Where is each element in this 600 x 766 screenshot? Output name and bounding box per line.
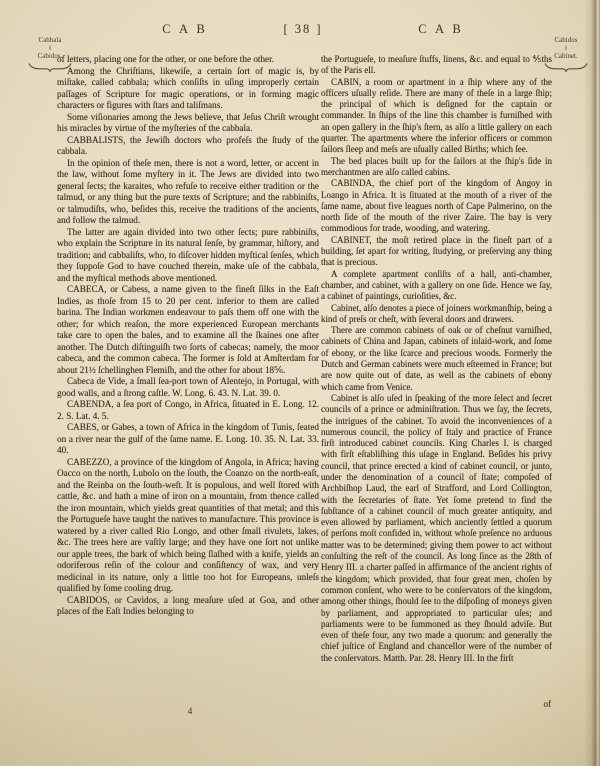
entry-paragraph-cabinet-joinery: Cabinet, alſo denotes a piece of joiners… <box>321 303 552 326</box>
margin-note-first-entry: Cabidos <box>540 36 592 45</box>
entry-paragraph-cabinet: CABINET, the moſt retired place in the f… <box>321 235 552 269</box>
paragraph: Among the Chriſtians, likewiſe, a certai… <box>57 66 319 112</box>
entry-paragraph-cabinet-council: Cabinet is alſo uſed in ſpeaking of the … <box>321 393 552 664</box>
entry-paragraph-cabes: CABES, or Gabes, a town of Africa in the… <box>57 422 319 457</box>
paragraph: of letters, placing one for the other, o… <box>57 54 319 66</box>
page-number: [ 38 ] <box>253 22 353 38</box>
running-title-left: C A B <box>120 22 250 38</box>
right-column: the Portugueſe, to meaſure ſtuffs, linen… <box>321 54 552 716</box>
margin-note-first-entry: Cabbala <box>24 36 76 45</box>
entry-paragraph-cabezzo: CABEZZO, a province of the kingdom of An… <box>57 457 319 595</box>
entry-paragraph-cabidos: CABIDOS, or Cavidos, a long meaſure uſed… <box>57 595 319 618</box>
margin-note-separator: ‖ <box>540 45 592 52</box>
entry-paragraph-cabbalists: CABBALISTS, the Jewiſh doctors who profe… <box>57 135 319 158</box>
page-edge-shadow <box>584 0 600 766</box>
book-page: C A B [ 38 ] C A B Cabbala ‖ Cabidos. Ca… <box>0 0 600 766</box>
paragraph: A complete apartment conſiſts of a hall,… <box>321 269 552 303</box>
entry-paragraph-cabeca-de-vide: Cabeca de Vide, a ſmall ſea-port town of… <box>57 376 319 399</box>
entry-paragraph-cabenda: CABENDA, a ſea port of Congo, in Africa,… <box>57 399 319 422</box>
paragraph: The bed places built up for the ſailors … <box>321 156 552 179</box>
paragraph: There are common cabinets of oak or of c… <box>321 325 552 393</box>
paragraph: In the opinion of theſe men, there is no… <box>57 158 319 227</box>
paragraph: the Portugueſe, to meaſure ſtuffs, linen… <box>321 54 552 77</box>
paragraph: Some viſionaries among the Jews believe,… <box>57 112 319 135</box>
signature-mark: 4 <box>150 707 230 717</box>
paragraph: The latter are again divided into two ot… <box>57 227 319 285</box>
entry-paragraph-cabin: CABIN, a room or apartment in a ſhip whe… <box>321 77 552 156</box>
catchword: of <box>505 699 551 709</box>
running-title-right: C A B <box>376 22 506 38</box>
entry-paragraph-cabinda: CABINDA, the chief port of the kingdom o… <box>321 178 552 234</box>
left-column: of letters, placing one for the other, o… <box>57 54 319 716</box>
margin-note-separator: ‖ <box>24 45 76 52</box>
entry-paragraph-cabeca: CABECA, or Cabess, a name given to the f… <box>57 284 319 376</box>
